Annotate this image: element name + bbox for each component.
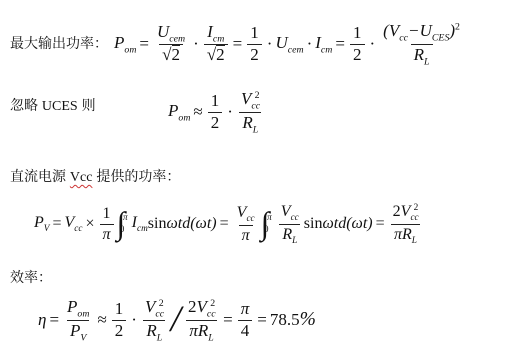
division-slash: /: [171, 307, 181, 333]
approx-sign: ≈: [193, 102, 202, 122]
pi-symbol: π: [189, 321, 198, 340]
fraction-one-half: 1 2: [208, 91, 223, 133]
label-ignore-uces: 忽略 UCES 则: [10, 95, 96, 115]
numerator: 1: [100, 204, 114, 223]
fraction-pom-over-pv: Pom PV: [64, 297, 92, 343]
formula-max-output-power: Pom = Ucem √2 · Icm √2 = 1 2 · Ucem · Ic…: [114, 14, 465, 74]
coefficient-2: 2: [188, 297, 197, 316]
sub-L: L: [253, 124, 258, 135]
numerator: Icm: [204, 22, 227, 44]
dot-operator: ·: [267, 34, 273, 54]
var-P: P: [168, 101, 178, 120]
coefficient-2: 2: [393, 203, 401, 220]
var-V: V: [197, 297, 207, 316]
var-R: R: [414, 45, 424, 64]
denominator: 2: [112, 320, 127, 341]
sub-cm: cm: [137, 224, 148, 234]
equals-sign: =: [223, 310, 233, 330]
sub-cc: cc: [251, 101, 260, 112]
equals-sign: =: [49, 310, 59, 330]
fraction-2vcc-squared-over-piRL: 2Vcc2 πRL: [390, 202, 422, 246]
fraction-vcc-over-pi: Vcc π: [234, 203, 258, 245]
denominator: 2: [208, 112, 223, 133]
var-V: V: [237, 204, 247, 221]
var-P: P: [34, 214, 44, 231]
sin-function: sin: [304, 215, 323, 233]
equals-sign: =: [52, 215, 61, 233]
fraction-2vcc-squared-over-piRL: 2Vcc2 πRL: [185, 297, 218, 343]
sub-cm: cm: [321, 44, 332, 55]
sub-cm: cm: [213, 34, 224, 45]
approx-sign: ≈: [97, 310, 106, 330]
var-Pom: Pom: [168, 101, 190, 123]
differential-d: d: [182, 215, 190, 233]
radical-icon: √: [162, 45, 171, 64]
var-R: R: [242, 113, 252, 132]
denominator: √2: [204, 44, 228, 65]
var-P: P: [70, 321, 80, 340]
dot-operator: ·: [193, 34, 199, 54]
label-text: 忽略: [10, 97, 42, 113]
numerator: Pom: [64, 297, 92, 319]
sub-L: L: [424, 56, 429, 67]
fraction-pi-over-4: π 4: [238, 299, 253, 341]
var-Icm: Icm: [132, 214, 148, 234]
minus-sign: −: [409, 21, 419, 40]
var-Vcc: Vcc: [64, 214, 82, 234]
integral: ∫ π0: [117, 210, 131, 237]
var-U: U: [157, 22, 169, 41]
integral-limits: π0: [267, 213, 272, 234]
sub-L: L: [292, 236, 297, 246]
var-R: R: [146, 321, 156, 340]
denominator: √2: [159, 44, 183, 65]
denominator: 4: [238, 320, 253, 341]
denominator: 2: [247, 44, 262, 65]
denominator: RL: [279, 224, 300, 246]
sub-cc: cc: [399, 33, 408, 44]
sub-om: om: [124, 44, 136, 55]
var-R: R: [198, 321, 208, 340]
sub-cc: cc: [155, 309, 164, 320]
equals-sign: =: [335, 34, 345, 54]
var-eta: η: [38, 310, 46, 330]
integral: ∫ π0: [261, 210, 275, 237]
sub-L: L: [208, 332, 213, 343]
sub-V: V: [80, 332, 86, 343]
fraction-one-half: 1 2: [112, 299, 127, 341]
numerator: Vcc2: [238, 89, 263, 111]
sub-L: L: [157, 332, 162, 343]
label-max-output-power: 最大输出功率：: [10, 33, 108, 53]
var-V: V: [64, 214, 74, 231]
fraction-icm-sqrt2: Icm √2: [204, 22, 228, 66]
dot-operator: ·: [131, 310, 137, 330]
fraction-one-half: 1 2: [247, 23, 262, 65]
denominator: πRL: [186, 320, 216, 343]
radical-icon: √: [207, 45, 216, 64]
omega-t: ωt: [322, 215, 338, 233]
sub-cc: cc: [207, 309, 216, 320]
sub-cc: cc: [74, 224, 82, 234]
equals-sign: =: [257, 310, 267, 330]
differential-d: d: [338, 215, 346, 233]
sup-squared: 2: [159, 298, 164, 309]
var-P: P: [114, 33, 124, 52]
fraction-vcc-over-RL: Vcc RL: [278, 202, 302, 246]
denominator: RL: [143, 320, 165, 343]
sub-cem: cem: [288, 44, 304, 55]
denominator: 2: [350, 44, 365, 65]
var-U: U: [275, 33, 287, 52]
numerator: Vcc: [278, 202, 302, 223]
var-V: V: [401, 203, 411, 220]
var-Ucem: Ucem: [275, 33, 303, 55]
numerator: Ucem: [154, 22, 188, 44]
integral-limits: π0: [123, 213, 128, 234]
efficiency-value: 78.5: [270, 310, 300, 330]
numerator: π: [238, 299, 253, 319]
sin-function: sin: [148, 215, 167, 233]
equals-sign: =: [376, 215, 385, 233]
sub-cc: cc: [291, 213, 299, 223]
sub-cem: cem: [169, 34, 185, 45]
omega-t: ωt: [166, 215, 182, 233]
denominator: πRL: [391, 224, 420, 246]
var-Icm: Icm: [315, 33, 332, 55]
dot-operator: ·: [227, 102, 233, 122]
var-U: U: [420, 21, 432, 40]
omega-t: ωt: [352, 215, 368, 233]
formula-efficiency: η = Pom PV ≈ 1 2 · Vcc2 RL / 2Vcc2 πRL =…: [38, 292, 316, 348]
denominator: PV: [67, 320, 89, 343]
numerator: 2Vcc2: [185, 297, 218, 319]
label-vcc-spellcheck: Vcc: [70, 170, 93, 185]
numerator: Vcc: [234, 203, 258, 224]
var-R: R: [282, 226, 292, 243]
numerator: 1: [208, 91, 223, 111]
sub-CES: CES: [432, 33, 450, 44]
numerator: 1: [112, 299, 127, 319]
var-V: V: [145, 297, 155, 316]
numerator: (Vcc−UCES)2: [380, 21, 463, 43]
numerator: 1: [350, 23, 365, 43]
upper-limit: π: [267, 213, 272, 223]
var-Pom: Pom: [114, 33, 136, 55]
sub-om: om: [178, 112, 190, 123]
sub-cc: cc: [410, 213, 418, 223]
pi-symbol: π: [394, 226, 402, 243]
denominator: π: [100, 224, 114, 244]
percent-sign: %: [300, 309, 316, 331]
sub-cc: cc: [246, 214, 254, 224]
radicand: 2: [216, 45, 225, 65]
var-PV: PV: [34, 214, 49, 234]
var-V: V: [389, 21, 399, 40]
upper-limit: π: [123, 213, 128, 223]
var-R: R: [402, 226, 412, 243]
fraction-vcc-squared-over-RL: Vcc2 RL: [238, 89, 263, 135]
dot-operator: ·: [307, 34, 313, 54]
times-sign: ×: [86, 215, 95, 233]
lower-limit: 0: [120, 225, 128, 235]
fraction-one-over-pi: 1 π: [100, 204, 114, 243]
dot-operator: ·: [370, 34, 376, 54]
label-efficiency: 效率：: [10, 267, 52, 287]
label-text: 直流电源: [10, 168, 70, 184]
sub-V: V: [44, 224, 50, 234]
paren-close: ): [367, 215, 372, 233]
equals-sign: =: [233, 34, 243, 54]
lower-limit: 0: [264, 225, 272, 235]
denominator: RL: [239, 112, 261, 135]
fraction-ucem-sqrt2: Ucem √2: [154, 22, 188, 66]
formula-pom-approx: Pom ≈ 1 2 · Vcc2 RL: [168, 84, 265, 140]
label-text: 提供的功率：: [92, 168, 180, 184]
denominator: π: [239, 225, 253, 245]
fraction-vcc-squared-over-RL: Vcc2 RL: [142, 297, 167, 343]
numerator: 2Vcc2: [390, 202, 422, 223]
sup-squared: 2: [210, 298, 215, 309]
label-dc-supply-power: 直流电源 Vcc 提供的功率：: [10, 166, 180, 186]
fraction-one-half: 1 2: [350, 23, 365, 65]
var-P: P: [67, 297, 77, 316]
var-V: V: [241, 89, 251, 108]
omega-t: ωt: [196, 215, 212, 233]
equals-sign: =: [139, 34, 149, 54]
sub-om: om: [77, 309, 89, 320]
sup-squared: 2: [414, 203, 419, 213]
sup-squared: 2: [255, 90, 260, 101]
equals-sign: =: [220, 215, 229, 233]
numerator: Vcc2: [142, 297, 167, 319]
sub-L: L: [412, 236, 417, 246]
label-text: 则: [78, 97, 96, 113]
formula-dc-supply-power: PV = Vcc × 1 π ∫ π0 Icm sinωtd(ωt) = Vcc…: [34, 198, 423, 250]
fraction-vcc-minus-uces-squared-over-RL: (Vcc−UCES)2 RL: [380, 21, 463, 67]
document-page: { "page": { "background": "#ffffff", "te…: [0, 0, 530, 363]
numerator: 1: [247, 23, 262, 43]
denominator: RL: [411, 44, 433, 67]
radicand: 2: [172, 45, 181, 65]
paren-close: ): [211, 215, 216, 233]
label-uces-word: UCES: [42, 99, 78, 114]
sup-squared: 2: [455, 22, 460, 33]
var-V: V: [281, 203, 291, 220]
